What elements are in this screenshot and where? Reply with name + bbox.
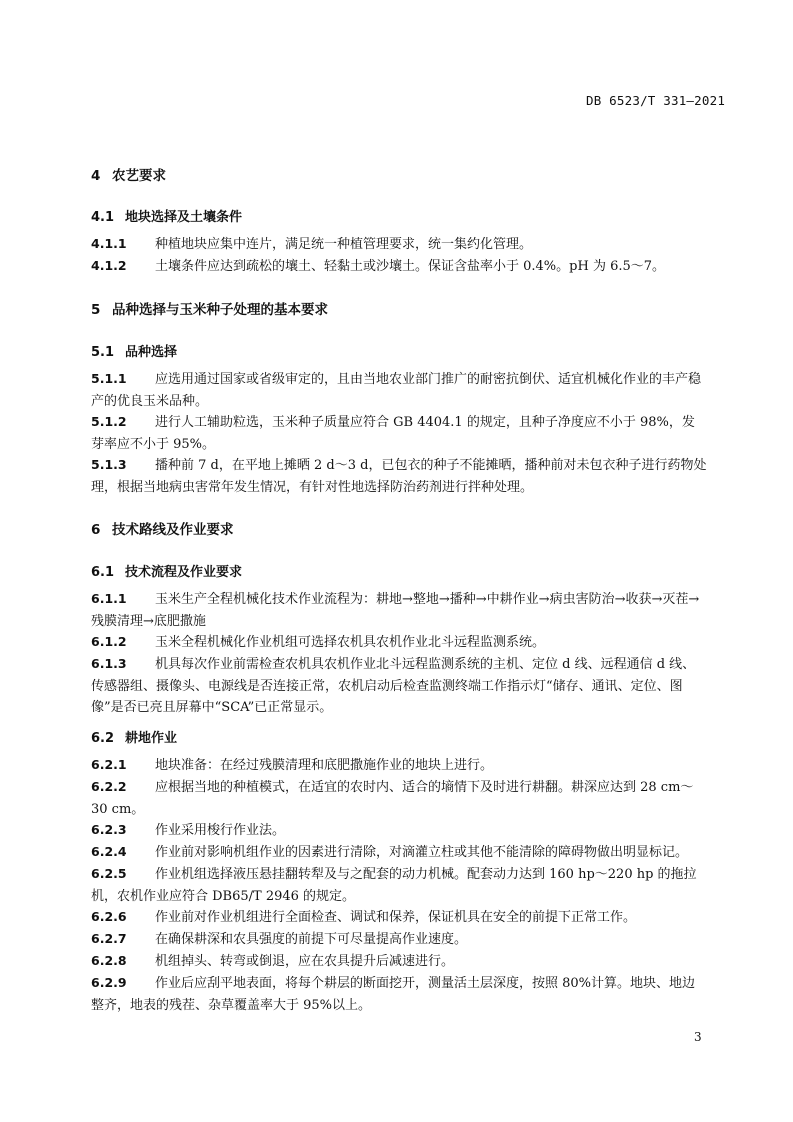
clause-6-2-9: 6.2.9作业后应刮平地表面，将每个耕层的断面挖开，测量活土层深度，按照 80%…	[91, 972, 707, 1016]
clause-6-2-5: 6.2.5作业机组选择液压悬挂翻转犁及与之配套的动力机械。配套动力达到 160 …	[91, 863, 707, 907]
section-heading-4-1: 4.1地块选择及土壤条件	[91, 206, 242, 225]
clause-6-2-4: 6.2.4作业前对影响机组作业的因素进行清除，对滴灌立柱或其他不能清除的障碍物做…	[91, 841, 707, 864]
clause-5-1-1: 5.1.1应选用通过国家或省级审定的，且由当地农业部门推广的耐密抗倒伏、适宜机械…	[91, 368, 707, 412]
clause-5-1-3: 5.1.3播种前 7 d，在平地上摊晒 2 d～3 d，已包衣的种子不能摊晒，播…	[91, 454, 707, 498]
clause-6-1-3: 6.1.3机具每次作业前需检查农机具农机作业北斗远程监测系统的主机、定位 d 线…	[91, 653, 707, 719]
clause-6-2-1: 6.2.1地块准备：在经过残膜清理和底肥撒施作业的地块上进行。	[91, 754, 707, 777]
section-heading-6-2: 6.2耕地作业	[91, 727, 177, 746]
page-number: 3	[694, 1030, 702, 1044]
clause-5-1-2: 5.1.2进行人工辅助粒选，玉米种子质量应符合 GB 4404.1 的规定，且种…	[91, 411, 707, 455]
clause-4-1-1: 4.1.1种植地块应集中连片，满足统一种植管理要求，统一集约化管理。	[91, 233, 707, 256]
section-heading-6: 6技术路线及作业要求	[91, 518, 234, 538]
clause-6-2-8: 6.2.8机组掉头、转弯或倒退，应在农具提升后减速进行。	[91, 950, 707, 973]
clause-4-1-2: 4.1.2土壤条件应达到疏松的壤土、轻黏土或沙壤土。保证含盐率小于 0.4%。p…	[91, 255, 707, 278]
standard-code: DB 6523/T 331—2021	[586, 93, 725, 108]
section-heading-5: 5品种选择与玉米种子处理的基本要求	[91, 298, 328, 318]
clause-6-2-6: 6.2.6作业前对作业机组进行全面检查、调试和保养，保证机具在安全的前提下正常工…	[91, 906, 707, 929]
clause-6-2-3: 6.2.3作业采用梭行作业法。	[91, 819, 707, 842]
clause-6-2-2: 6.2.2应根据当地的种植模式，在适宜的农时内、适合的墒情下及时进行耕翻。耕深应…	[91, 776, 707, 820]
section-heading-4: 4农艺要求	[91, 164, 166, 184]
clause-6-2-7: 6.2.7在确保耕深和农具强度的前提下可尽量提高作业速度。	[91, 928, 707, 951]
section-heading-5-1: 5.1品种选择	[91, 341, 177, 360]
section-heading-6-1: 6.1技术流程及作业要求	[91, 561, 242, 580]
clause-6-1-2: 6.1.2玉米全程机械化作业机组可选择农机具农机作业北斗远程监测系统。	[91, 631, 707, 654]
clause-6-1-1: 6.1.1玉米生产全程机械化技术作业流程为：耕地→整地→播种→中耕作业→病虫害防…	[91, 588, 707, 632]
